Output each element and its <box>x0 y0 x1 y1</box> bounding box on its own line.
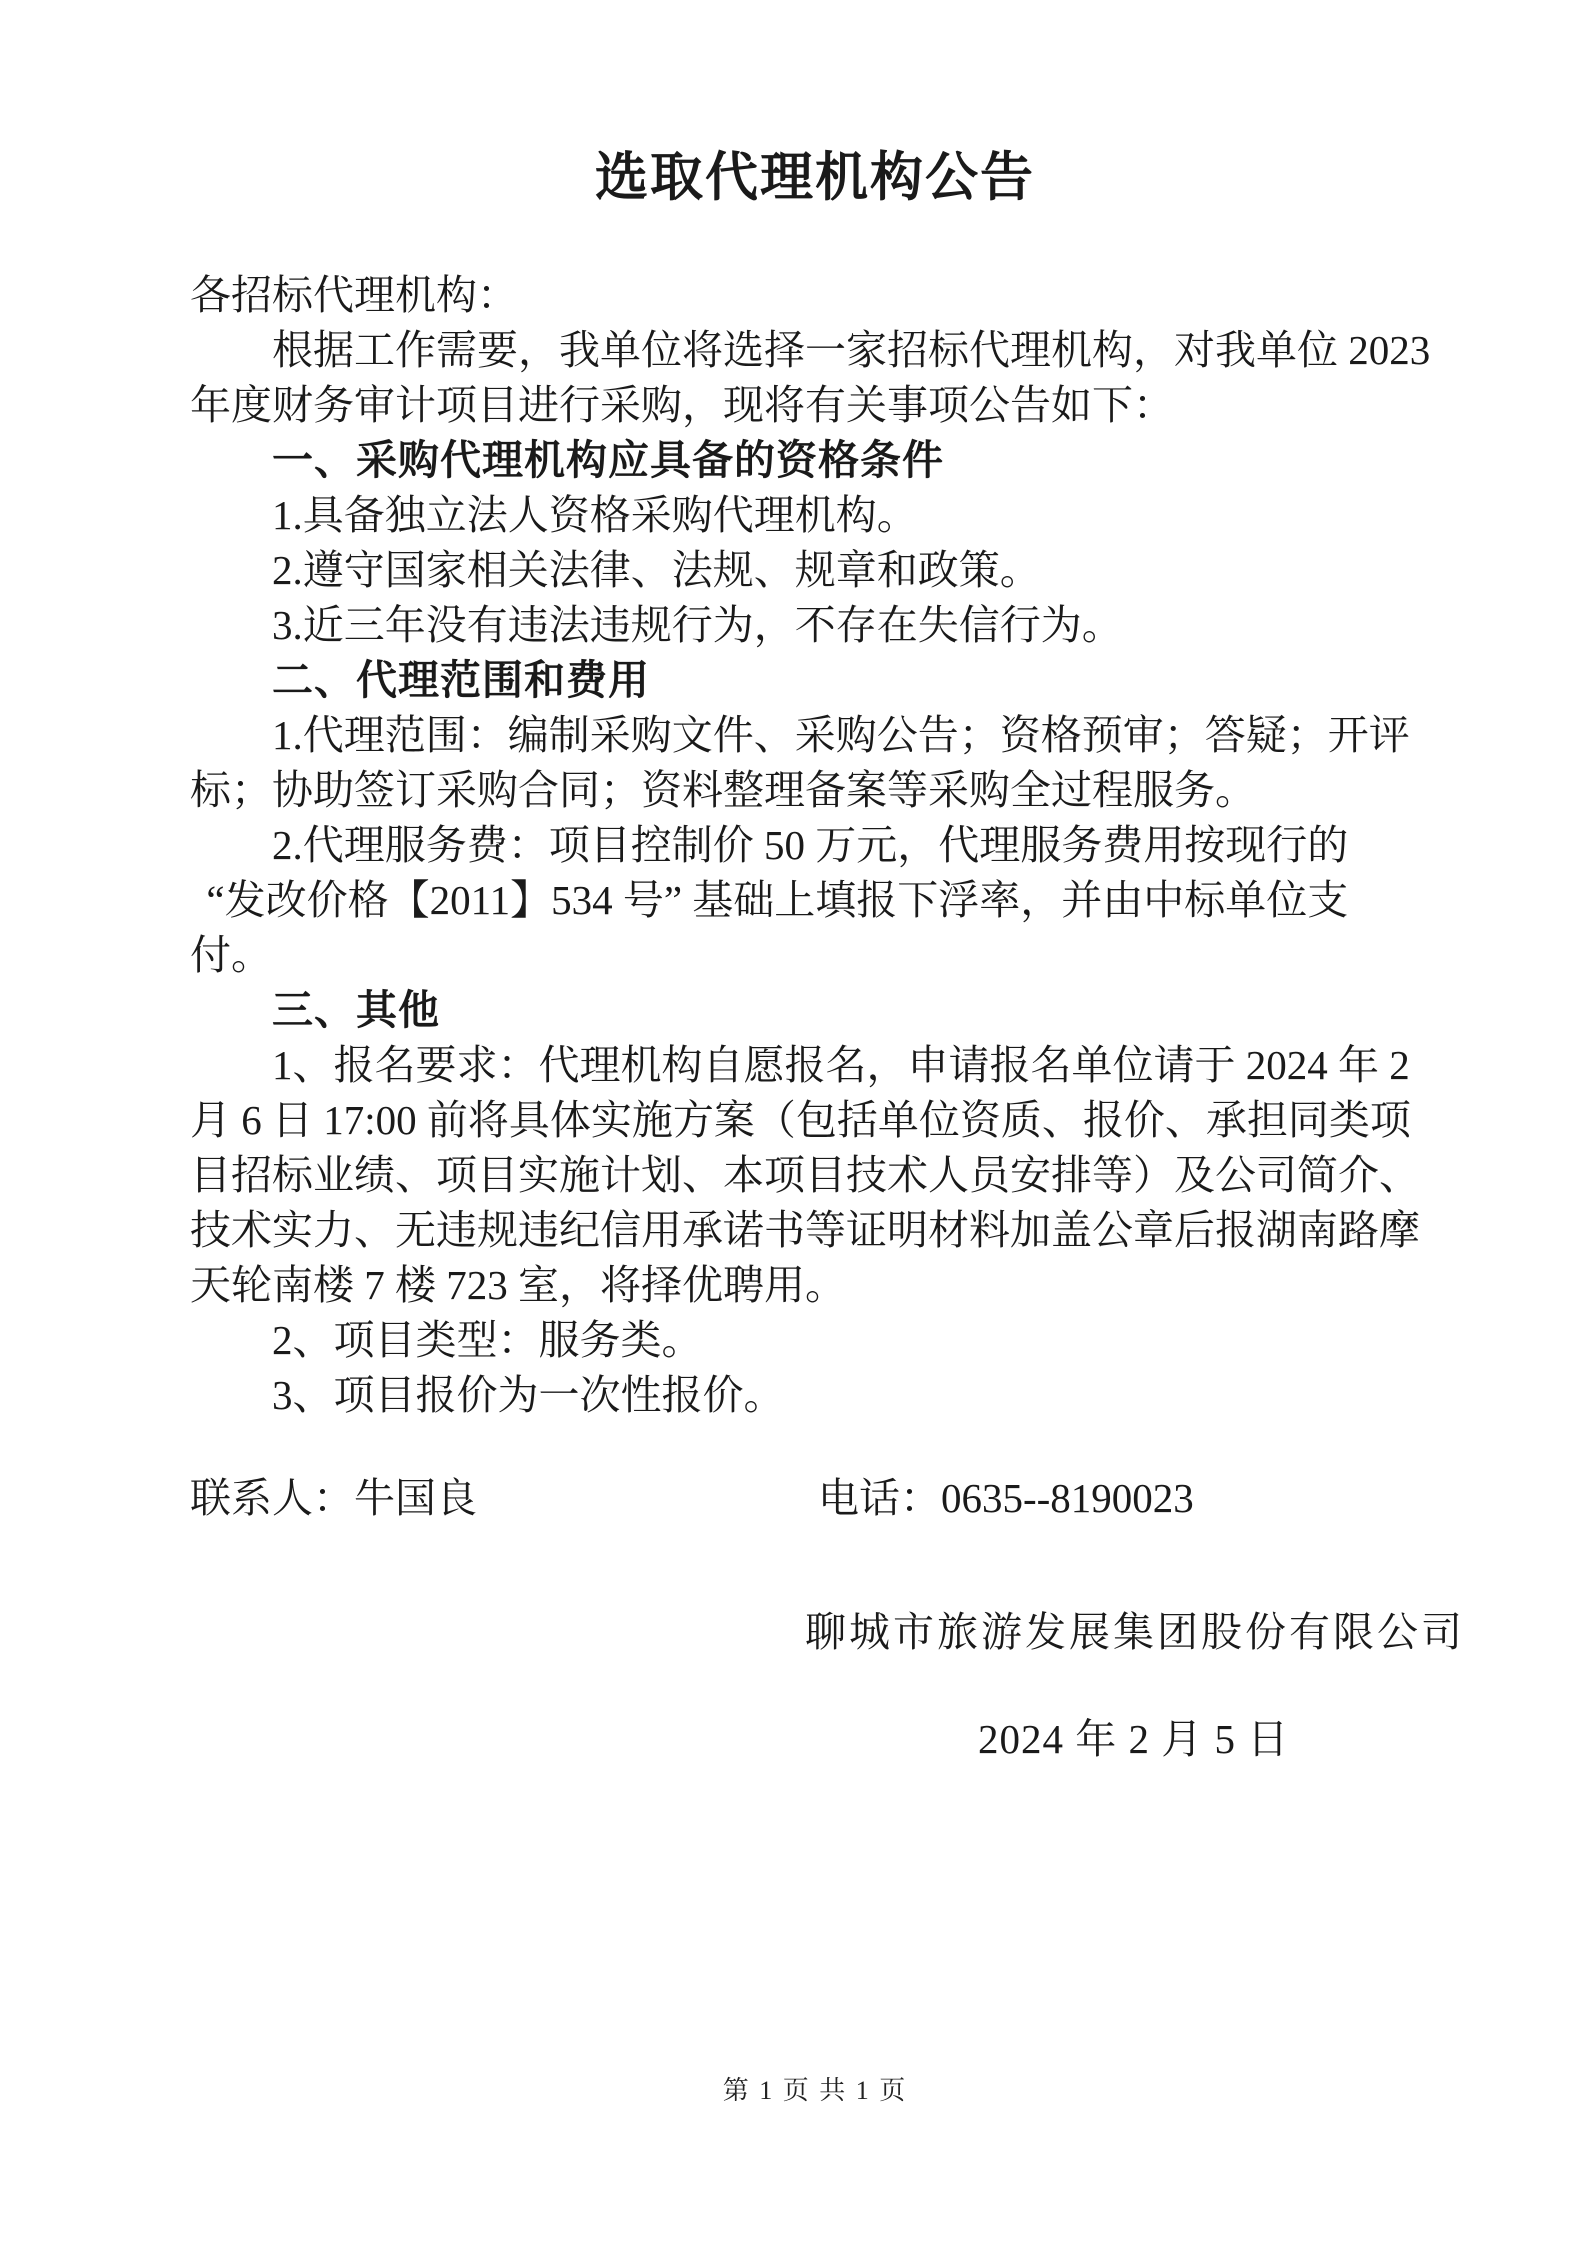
contact-row: 联系人：牛国良 电话：0635--8190023 <box>190 1471 1445 1526</box>
body-line: 三、其他 <box>190 983 1445 1038</box>
body-line: 天轮南楼 7 楼 723 室，将择优聘用。 <box>190 1258 1445 1313</box>
body-line: 2、项目类型：服务类。 <box>190 1313 1445 1368</box>
body-line: 2.遵守国家相关法律、法规、规章和政策。 <box>190 543 1445 598</box>
document-title: 选取代理机构公告 <box>190 148 1440 208</box>
body-line: 3.近三年没有违法违规行为，不存在失信行为。 <box>190 598 1445 653</box>
signature-company: 聊城市旅游发展集团股份有限公司 <box>805 1605 1465 1660</box>
body-line: 各招标代理机构： <box>190 268 1445 323</box>
body-line: 月 6 日 17:00 前将具体实施方案（包括单位资质、报价、承担同类项 <box>190 1093 1445 1148</box>
body-line: 2.代理服务费：项目控制价 50 万元，代理服务费用按现行的 <box>190 818 1445 873</box>
body-line: 1.具备独立法人资格采购代理机构。 <box>190 488 1445 543</box>
body-line: 目招标业绩、项目实施计划、本项目技术人员安排等）及公司简介、 <box>190 1148 1445 1203</box>
contact-phone: 电话：0635--8190023 <box>818 1471 1194 1526</box>
signature-date: 2024 年 2 月 5 日 <box>978 1712 1289 1767</box>
document-page: 选取代理机构公告 各招标代理机构：根据工作需要，我单位将选择一家招标代理机构，对… <box>0 0 1587 2245</box>
body-line: 二、代理范围和费用 <box>190 653 1445 708</box>
body-line: 一、采购代理机构应具备的资格条件 <box>190 433 1445 488</box>
body-line: 1、报名要求：代理机构自愿报名，申请报名单位请于 2024 年 2 <box>190 1038 1445 1093</box>
body-line: 3、项目报价为一次性报价。 <box>190 1368 1445 1423</box>
body-line: 1.代理范围：编制采购文件、采购公告；资格预审；答疑；开评 <box>190 708 1445 763</box>
body-line: 年度财务审计项目进行采购，现将有关事项公告如下： <box>190 378 1445 433</box>
body-line: 根据工作需要，我单位将选择一家招标代理机构，对我单位 2023 <box>190 323 1445 378</box>
page-number-footer: 第 1 页 共 1 页 <box>190 2075 1440 2107</box>
contact-person: 联系人：牛国良 <box>190 1471 477 1526</box>
body-line: 标；协助签订采购合同；资料整理备案等采购全过程服务。 <box>190 763 1445 818</box>
body-line: 付。 <box>190 928 1445 983</box>
document-body: 各招标代理机构：根据工作需要，我单位将选择一家招标代理机构，对我单位 2023年… <box>190 268 1445 1423</box>
body-line: 技术实力、无违规违纪信用承诺书等证明材料加盖公章后报湖南路摩 <box>190 1203 1445 1258</box>
body-line: “发改价格【2011】534 号” 基础上填报下浮率，并由中标单位支 <box>190 873 1445 928</box>
